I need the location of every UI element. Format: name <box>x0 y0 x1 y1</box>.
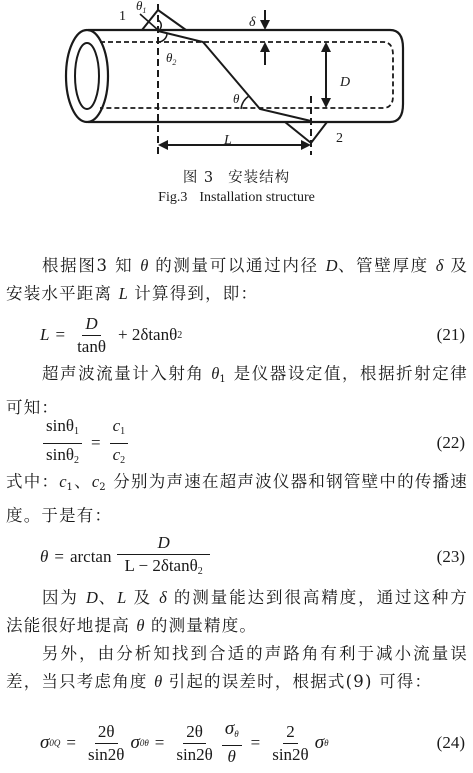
label-diameter: D <box>339 75 350 90</box>
equation-number: (23) <box>437 547 465 567</box>
installation-diagram: 1 θ1 θ2 θ δ D L 2 <box>0 0 473 160</box>
equation-24: σ0Q = 2θsin2θσ0θ = 2θsin2θ σθθ = 2sin2θσ… <box>0 718 473 768</box>
label-delta: δ <box>249 15 256 30</box>
figure-title-zh: 安装结构 <box>228 170 290 186</box>
paragraph-3: 式中：c1、c2 分别为声速在超声波仪器和钢管壁中的传播速度。于是有： <box>6 468 468 530</box>
paragraph-2: 超声波流量计入射角 θ1 是仪器设定值，根据折射定律可知： <box>6 360 468 422</box>
label-theta: θ <box>233 91 240 106</box>
figure-title-en: Installation structure <box>199 190 314 205</box>
label-transducer-1: 1 <box>119 9 126 24</box>
label-theta2: θ2 <box>166 50 176 67</box>
label-transducer-2: 2 <box>336 131 343 146</box>
figure-number-en: Fig.3 <box>158 190 187 205</box>
paragraph-4: 因为 D、L 及 δ 的测量能达到很高精度，通过这种方法能很好地提高 θ 的测量… <box>6 584 468 640</box>
equation-number: (21) <box>437 325 465 345</box>
transducer-1 <box>142 10 186 30</box>
figure-number-zh: 图 3 <box>183 170 214 186</box>
equation-number: (22) <box>437 433 465 453</box>
figure-caption-en: Fig.3Installation structure <box>0 190 473 206</box>
transducer-2 <box>285 122 327 143</box>
pipe-end-inner <box>75 43 99 109</box>
equation-21: L= Dtanθ + 2δtanθ2 (21) <box>0 310 473 360</box>
pipe-diagram-svg: 1 θ1 θ2 θ δ D L 2 <box>0 0 473 160</box>
label-length: L <box>223 133 232 148</box>
paragraph-1: 根据图3 知 θ 的测量可以通过内径 D、管壁厚度 δ 及安装水平距离 L 计算… <box>6 252 468 308</box>
equation-22: sinθ1sinθ2 = c1c2 (22) <box>0 418 473 468</box>
label-theta1: θ1 <box>136 0 146 15</box>
equation-23: θ=arctan DL − 2δtanθ2 (23) <box>0 532 473 582</box>
paragraph-5: 另外，由分析知找到合适的声路角有利于减小流量误差，当只考虑角度 θ 引起的误差时… <box>6 640 468 696</box>
equation-number: (24) <box>437 733 465 753</box>
figure-caption-zh: 图 3安装结构 <box>0 166 473 187</box>
